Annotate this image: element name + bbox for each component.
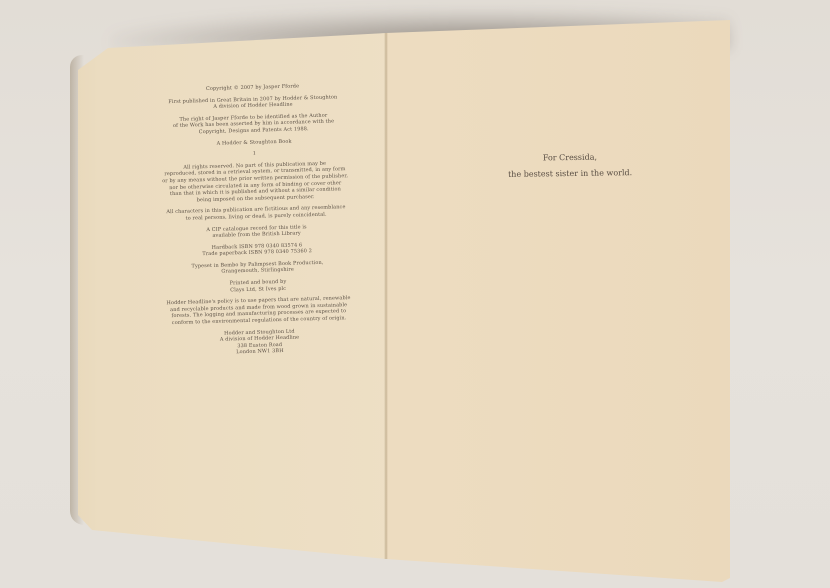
number-line: 1 — [137, 148, 372, 161]
dedication: For Cressida, the bestest sister in the … — [470, 149, 670, 184]
publisher-book-line: A Hodder & Stoughton Book — [137, 136, 372, 149]
copyright-text: Copyright © 2007 by Jasper Fforde First … — [135, 81, 378, 363]
book-spine — [384, 33, 388, 559]
open-book: Copyright © 2007 by Jasper Fforde First … — [0, 0, 830, 588]
dedication-line: the bestest sister in the world. — [470, 165, 670, 184]
